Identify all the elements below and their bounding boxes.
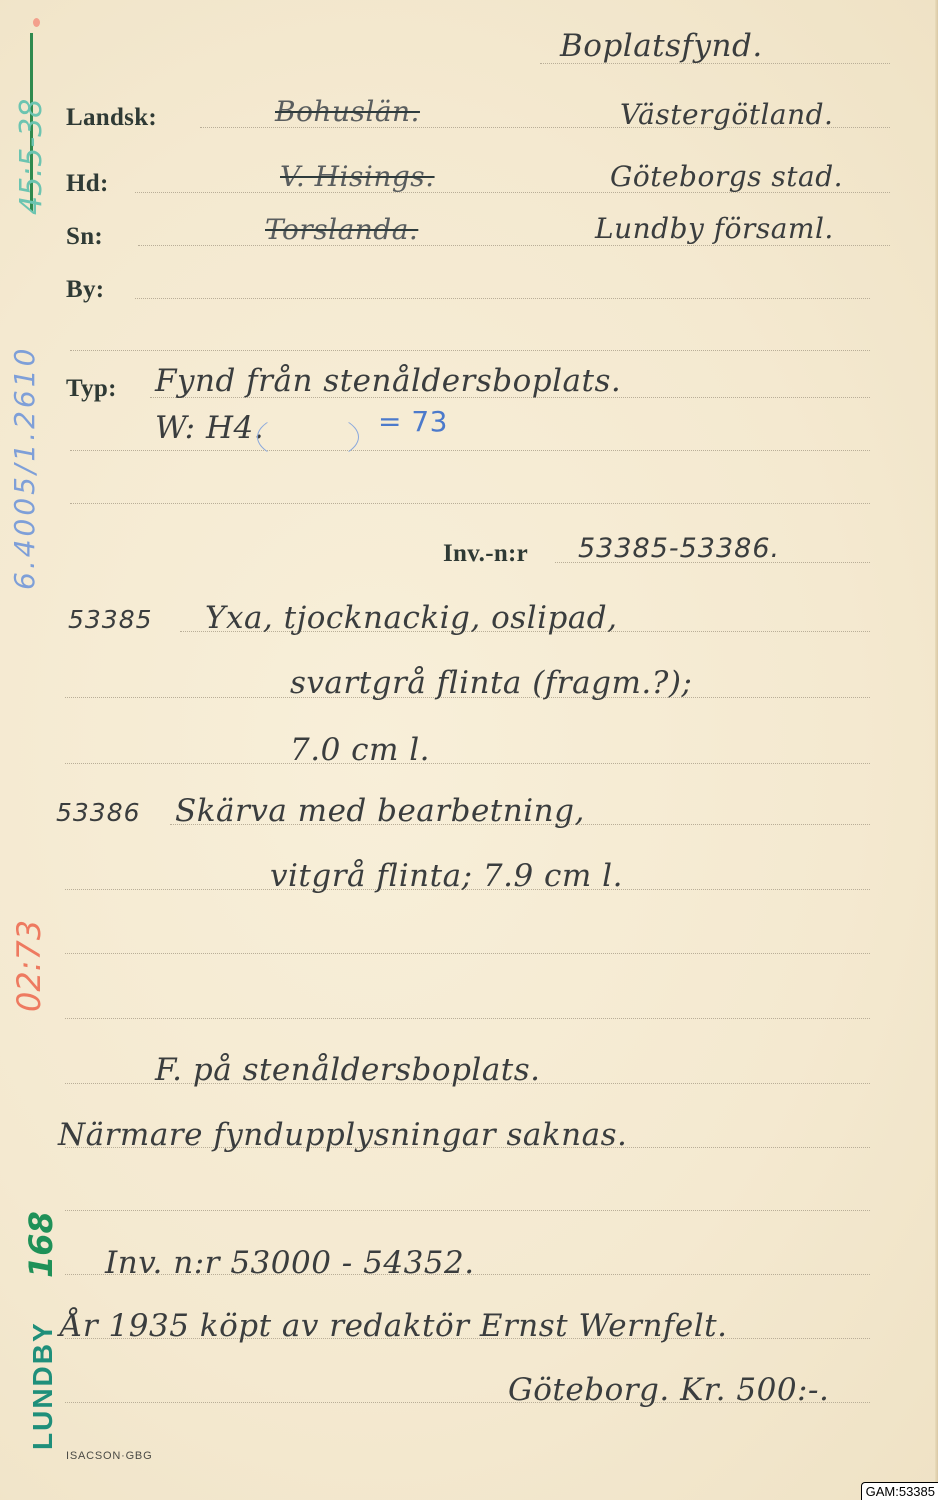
ruled-line — [65, 953, 870, 954]
field-label-landsk: Landsk: — [66, 104, 157, 132]
ruled-line — [70, 450, 870, 451]
catalog-card: Boplatsfynd. Landsk: Bohuslän. Västergöt… — [0, 0, 938, 1500]
note-line: Närmare fyndupplysningar saknas. — [58, 1117, 627, 1153]
item-number: 53386 — [56, 798, 141, 827]
field-value-sn: Lundby församl. — [595, 212, 834, 245]
ruled-line — [138, 245, 890, 246]
typ-code-text: W: H4. — [155, 410, 264, 446]
ruled-line — [135, 298, 870, 299]
margin-annotation-top-green: 45:5-38 — [14, 99, 49, 215]
field-label-inv: Inv.-n:r — [443, 540, 528, 568]
ruled-line — [65, 1018, 870, 1019]
acquisition-line-1: År 1935 köpt av redaktör Ernst Wernfelt. — [60, 1308, 727, 1344]
item-line: Yxa, tjocknackig, oslipad, — [205, 600, 618, 636]
ruled-line — [70, 503, 870, 504]
field-label-typ: Typ: — [66, 375, 117, 403]
ruled-line — [70, 350, 870, 351]
typ-code: W: H4. — [155, 410, 264, 446]
lundby-stamp: LUNDBY — [27, 1321, 59, 1450]
margin-annotation-red: 02:73 — [10, 920, 48, 1012]
field-value-landsk: Västergötland. — [620, 98, 833, 131]
red-dot-mark — [33, 18, 40, 27]
field-label-by: By: — [66, 276, 104, 304]
ruled-line — [65, 763, 870, 764]
field-label-sn: Sn: — [66, 223, 103, 251]
field-value-hd: Göteborgs stad. — [610, 160, 843, 193]
item-line: vitgrå flinta; 7.9 cm l. — [270, 858, 623, 894]
margin-annotation-blue: 6.4005/1.2610 — [8, 346, 41, 590]
item-line: 7.0 cm l. — [290, 732, 430, 768]
field-value-typ: Fynd från stenåldersboplats. — [155, 363, 621, 399]
field-label-hd: Hd: — [66, 170, 109, 198]
item-number: 53385 — [68, 605, 153, 634]
ruled-line — [65, 1210, 870, 1211]
acquisition-inv-range: Inv. n:r 53000 - 54352. — [105, 1245, 475, 1281]
note-line: F. på stenåldersboplats. — [155, 1052, 541, 1088]
field-value-inv: 53385-53386. — [578, 533, 780, 564]
acquisition-line-2: Göteborg. Kr. 500:-. — [508, 1372, 829, 1408]
field-value-sn-struck: Torslanda. — [265, 213, 418, 246]
item-line: svartgrå flinta (fragm.?); — [290, 665, 692, 701]
lundby-stamp-number: 168 — [22, 1211, 60, 1278]
card-heading: Boplatsfynd. — [560, 28, 763, 64]
catalog-id-badge: GAM:53385 — [861, 1482, 938, 1500]
field-value-hd-struck: V. Hisings. — [280, 160, 435, 193]
item-line: Skärva med bearbetning, — [175, 793, 585, 829]
field-value-landsk-struck: Bohuslän. — [275, 95, 420, 128]
printer-imprint: ISACSON·GBG — [66, 1450, 152, 1462]
typ-blue-annotation: = 73 — [378, 405, 448, 438]
blue-circle-mark — [257, 412, 359, 462]
